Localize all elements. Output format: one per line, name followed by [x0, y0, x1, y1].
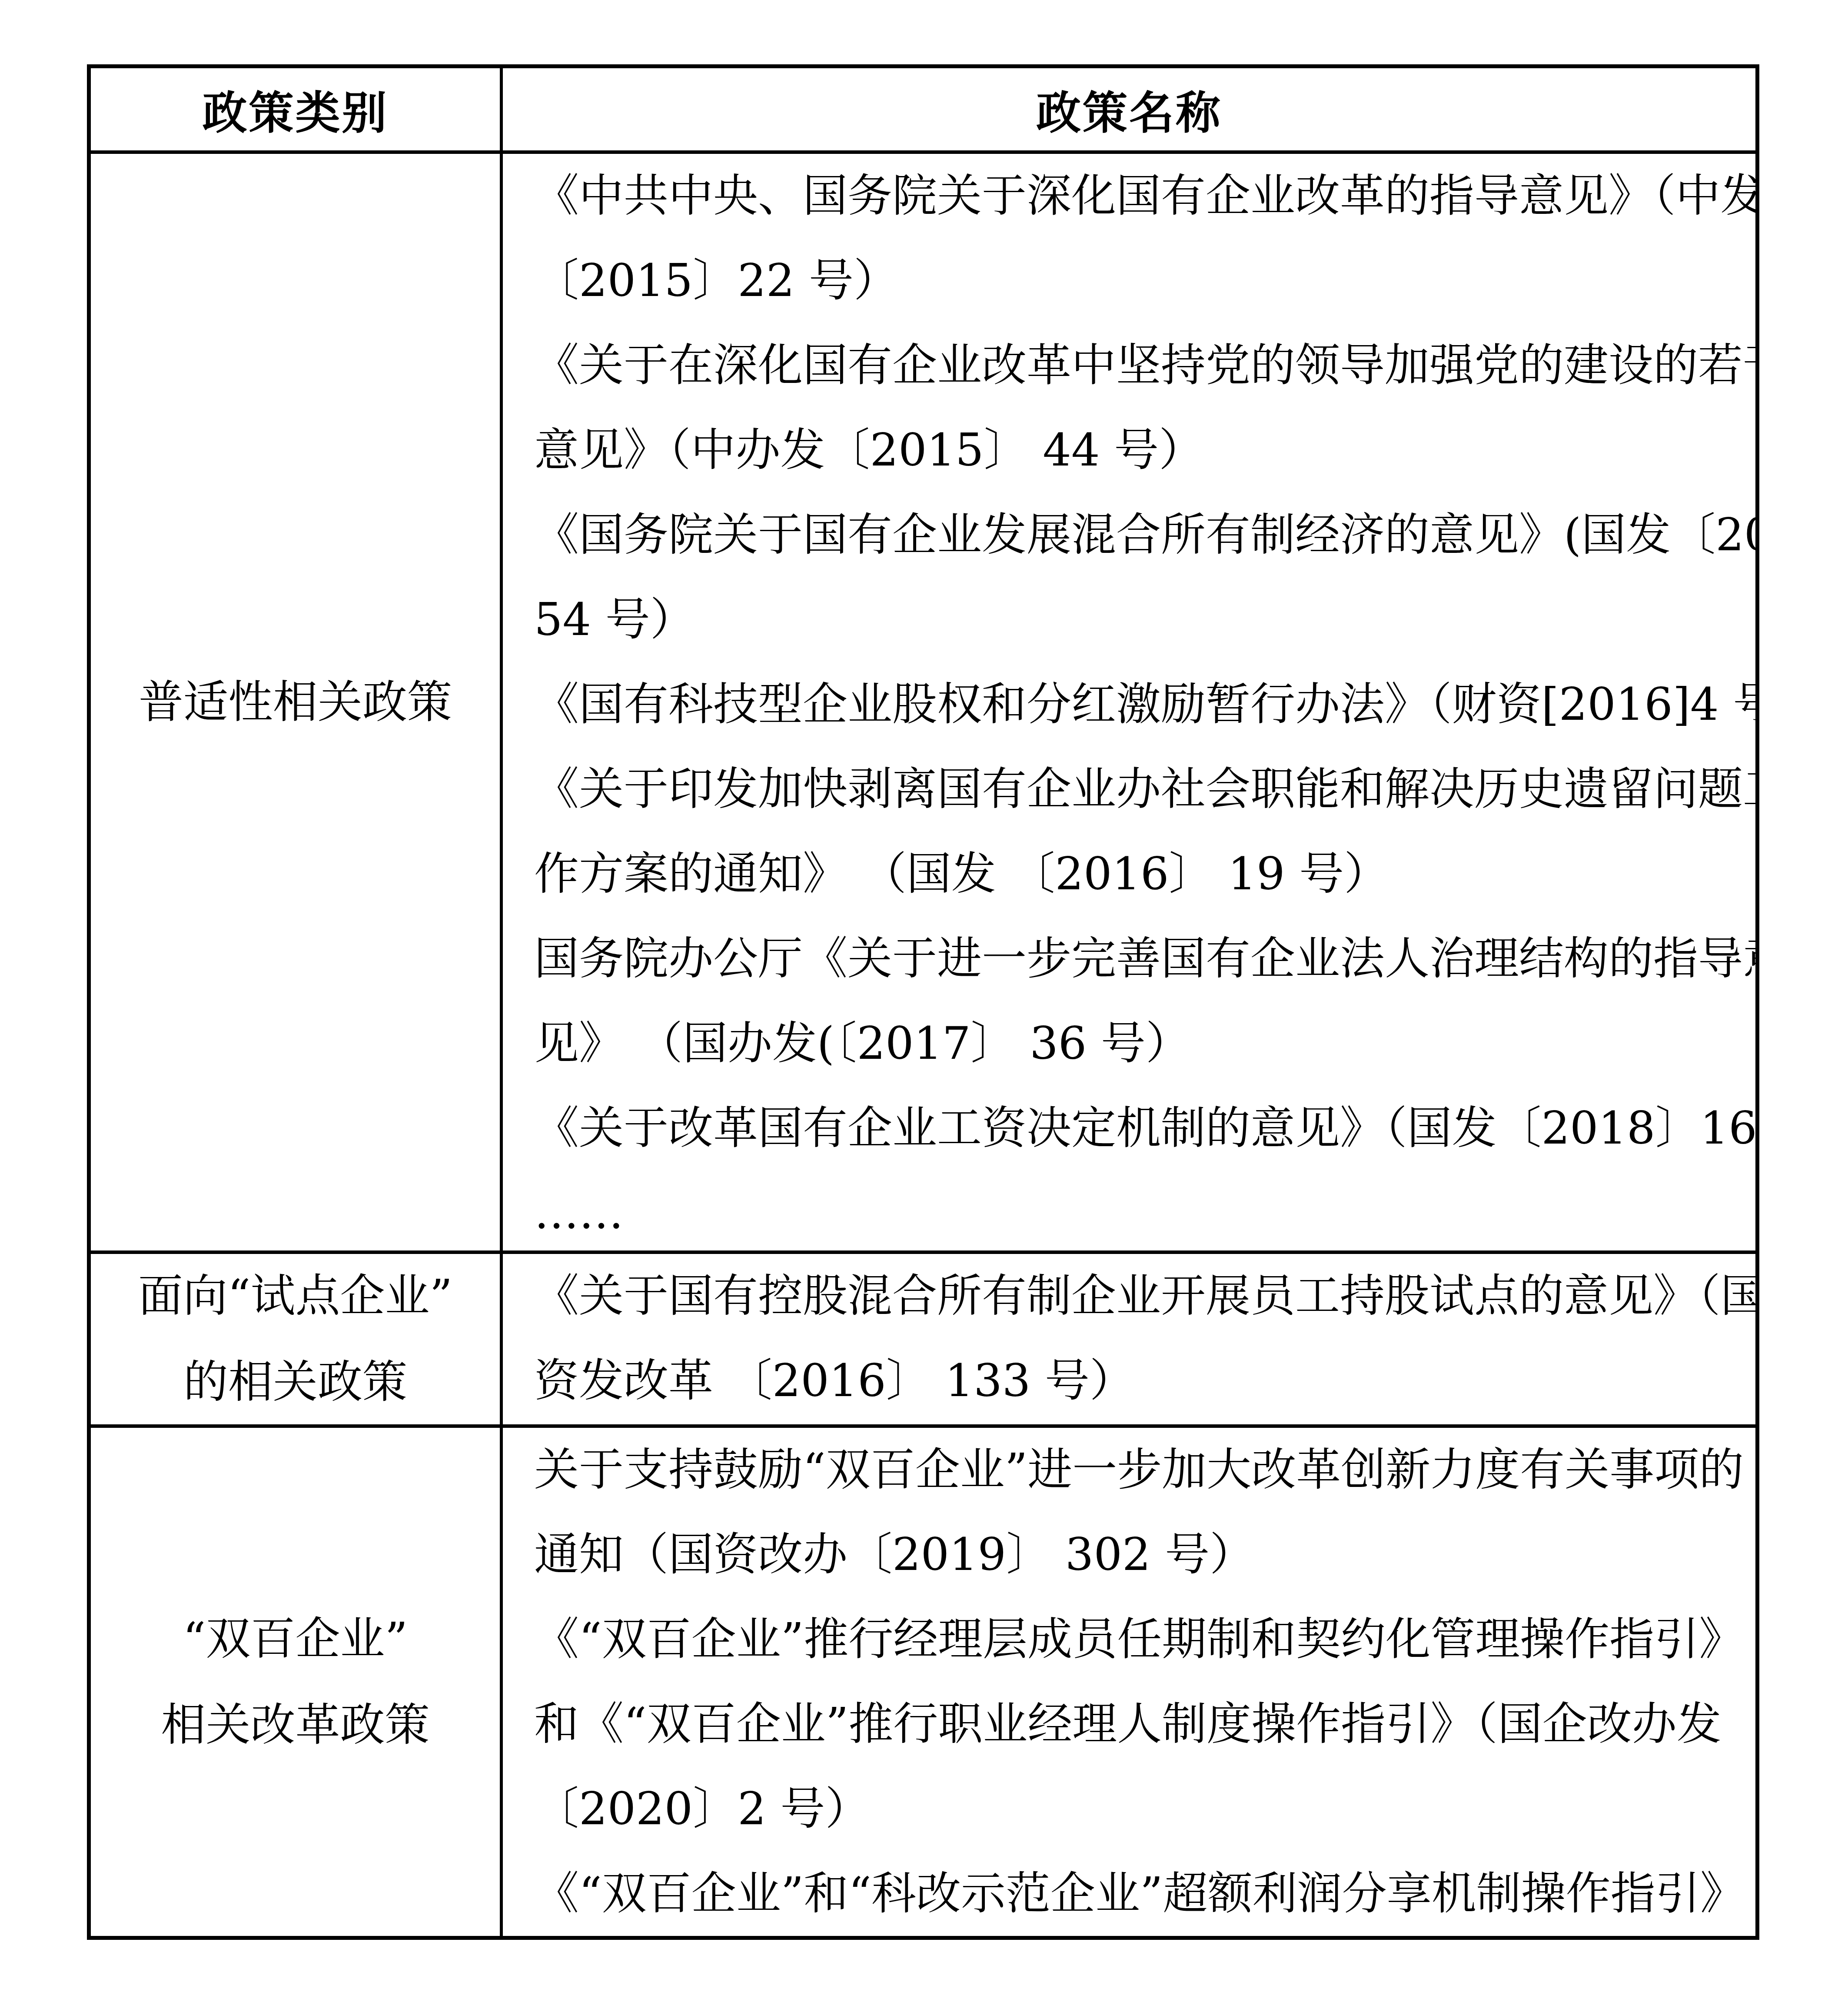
text-line: 《关于国有控股混合所有制企业开展员工持股试点的意见》（国 — [534, 1254, 1751, 1339]
text-line: 《国有科技型企业股权和分红激励暂行办法》（财资[2016]4 号） — [534, 662, 1751, 747]
text-line: 资发改革 〔2016〕 133 号） — [534, 1339, 1751, 1423]
text-line: 〔2015〕22 号） — [534, 239, 1751, 323]
policy-table: 政策类别 政策名称 普适性相关政策 《中共中央、国务院关于深化国有企业改革的指导… — [87, 64, 1759, 1940]
text-line: 国务院办公厅《关于进一步完善国有企业法人治理结构的指导意 — [534, 917, 1751, 1001]
text-line: 《“双百企业”和“科改示范企业”超额利润分享机制操作指引》 — [534, 1852, 1751, 1936]
header-cell-category: 政策类别 — [91, 68, 503, 154]
text-line: 面向“试点企业” — [138, 1254, 452, 1339]
text-line: 《中共中央、国务院关于深化国有企业改革的指导意见》（中发 — [534, 154, 1751, 239]
text-line: 〔2020〕2 号） — [534, 1767, 1751, 1852]
text-line: 作方案的通知》 （国发 〔2016〕 19 号） — [534, 832, 1751, 917]
text-line: 关于支持鼓励“双百企业”进一步加大改革创新力度有关事项的 — [534, 1428, 1751, 1513]
text-line: “双百企业” — [183, 1596, 408, 1682]
policy-cell-universal-policies: 《中共中央、国务院关于深化国有企业改革的指导意见》（中发〔2015〕22 号）《… — [503, 154, 1755, 1254]
text-line: 《关于在深化国有企业改革中坚持党的领导加强党的建设的若干 — [534, 323, 1751, 408]
text-line: 通知（国资改办〔2019〕 302 号） — [534, 1513, 1751, 1597]
policy-cell-double-hundred-enterprises: 关于支持鼓励“双百企业”进一步加大改革创新力度有关事项的通知（国资改办〔2019… — [503, 1428, 1755, 1936]
text-line: …… — [534, 1171, 1751, 1254]
text-line: 《关于改革国有企业工资决定机制的意见》（国发〔2018〕16 号） — [534, 1086, 1751, 1171]
text-line: 见》 （国办发(〔2017〕 36 号） — [534, 1001, 1751, 1086]
text-line: 的相关政策 — [183, 1339, 407, 1425]
text-line: 《“双百企业”推行经理层成员任期制和契约化管理操作指引》 — [534, 1597, 1751, 1682]
category-cell-double-hundred-enterprises: “双百企业”相关改革政策 — [91, 1428, 503, 1936]
text-line: 普适性相关政策 — [139, 659, 452, 745]
text-line: 54 号） — [534, 578, 1751, 662]
text-line: 相关改革政策 — [161, 1682, 430, 1768]
text-line: 和《“双百企业”推行职业经理人制度操作指引》（国企改办发 — [534, 1682, 1751, 1767]
category-cell-pilot-enterprises: 面向“试点企业”的相关政策 — [91, 1254, 503, 1428]
text-line: 《关于印发加快剥离国有企业办社会职能和解决历史遗留问题工 — [534, 747, 1751, 832]
policy-cell-pilot-enterprises: 《关于国有控股混合所有制企业开展员工持股试点的意见》（国资发改革 〔2016〕 … — [503, 1254, 1755, 1428]
text-line: 《国务院关于国有企业发展混合所有制经济的意见》(国发〔2015〕 — [534, 493, 1751, 578]
category-cell-universal-policies: 普适性相关政策 — [91, 154, 503, 1254]
header-cell-policy-name: 政策名称 — [503, 68, 1755, 154]
document-page: { "table": { "header": { "category_label… — [0, 0, 1848, 2002]
text-line: 意见》（中办发〔2015〕 44 号） — [534, 408, 1751, 493]
